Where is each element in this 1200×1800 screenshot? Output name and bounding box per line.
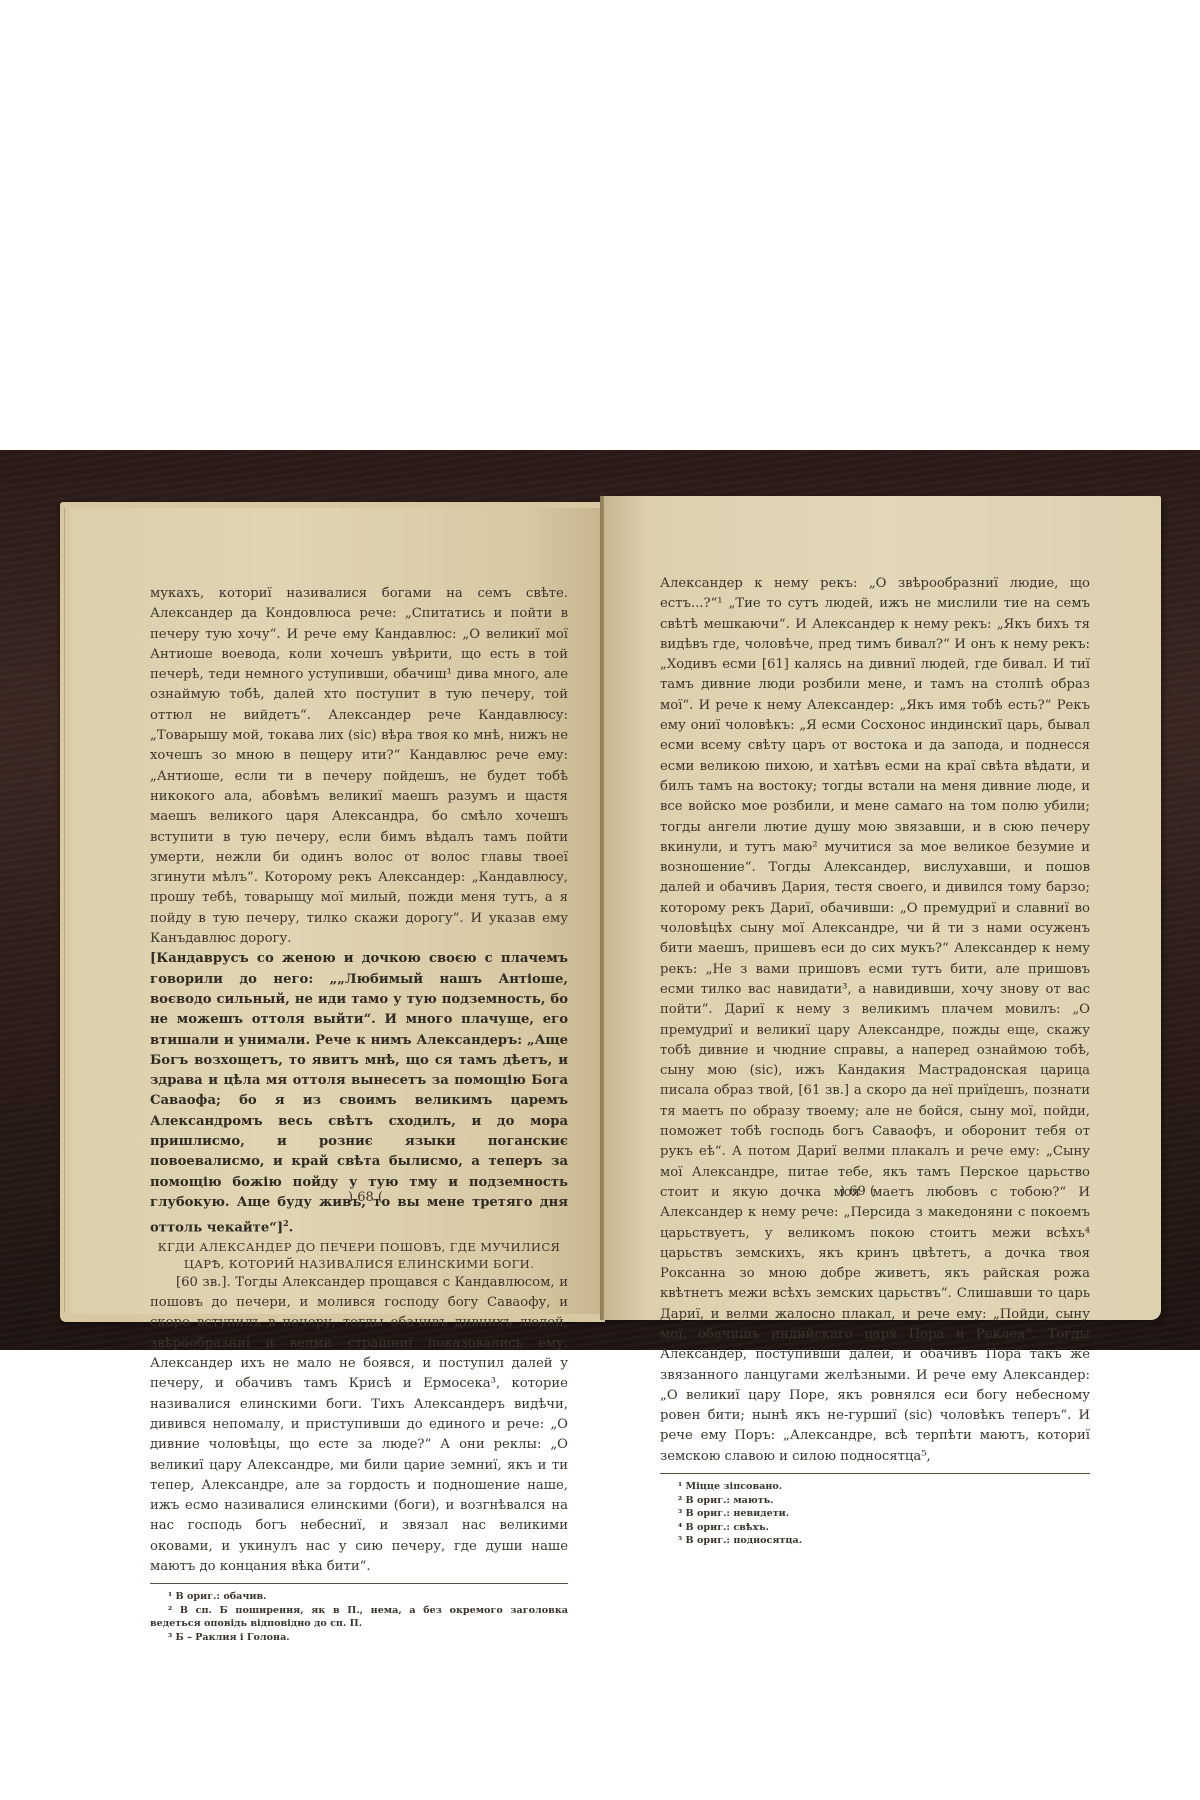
page-number-68: ) 68 (: [348, 1190, 383, 1205]
left-page-text: мукахъ, коториї називалися богами на сем…: [150, 584, 568, 1644]
footnote: ³ Б – Раклия і Голона.: [150, 1631, 568, 1645]
right-page-text: Александер к нему рекъ: „О звѣрообразниї…: [660, 574, 1090, 1548]
footnote: ² В ориг.: мають.: [660, 1494, 1090, 1508]
chapter-heading: КГДИ АЛЕКСАНДЕР ДО ПЕЧЕРИ ПОШОВЪ, ГДЕ МУ…: [150, 1239, 568, 1273]
footnote: ¹ В ориг.: обачив.: [150, 1590, 568, 1604]
left-footnotes: ¹ В ориг.: обачив. ² В сп. Б поширення, …: [150, 1590, 568, 1644]
footnote: ² В сп. Б поширення, як в П., нема, а бе…: [150, 1604, 568, 1631]
footnote: ¹ Міцце зіпсовано.: [660, 1480, 1090, 1494]
footnote-rule: [660, 1473, 1090, 1474]
footnote: ⁵ В ориг.: подносятца.: [660, 1534, 1090, 1548]
footnote: ³ В ориг.: невидети.: [660, 1507, 1090, 1521]
page-number-69: ) 69 (: [840, 1184, 875, 1199]
right-paragraph-1: Александер к нему рекъ: „О звѣрообразниї…: [660, 574, 1090, 1467]
footnote-ref: 2: [283, 1218, 289, 1228]
footnote: ⁴ В ориг.: свѣхъ.: [660, 1521, 1090, 1535]
right-footnotes: ¹ Міцце зіпсовано. ² В ориг.: мають. ³ В…: [660, 1480, 1090, 1548]
left-paragraph-1: мукахъ, коториї називалися богами на сем…: [150, 584, 568, 949]
left-paragraph-2: [60 зв.]. Тогды Александер прощався с Ка…: [150, 1273, 568, 1577]
footnote-rule: [150, 1583, 568, 1584]
